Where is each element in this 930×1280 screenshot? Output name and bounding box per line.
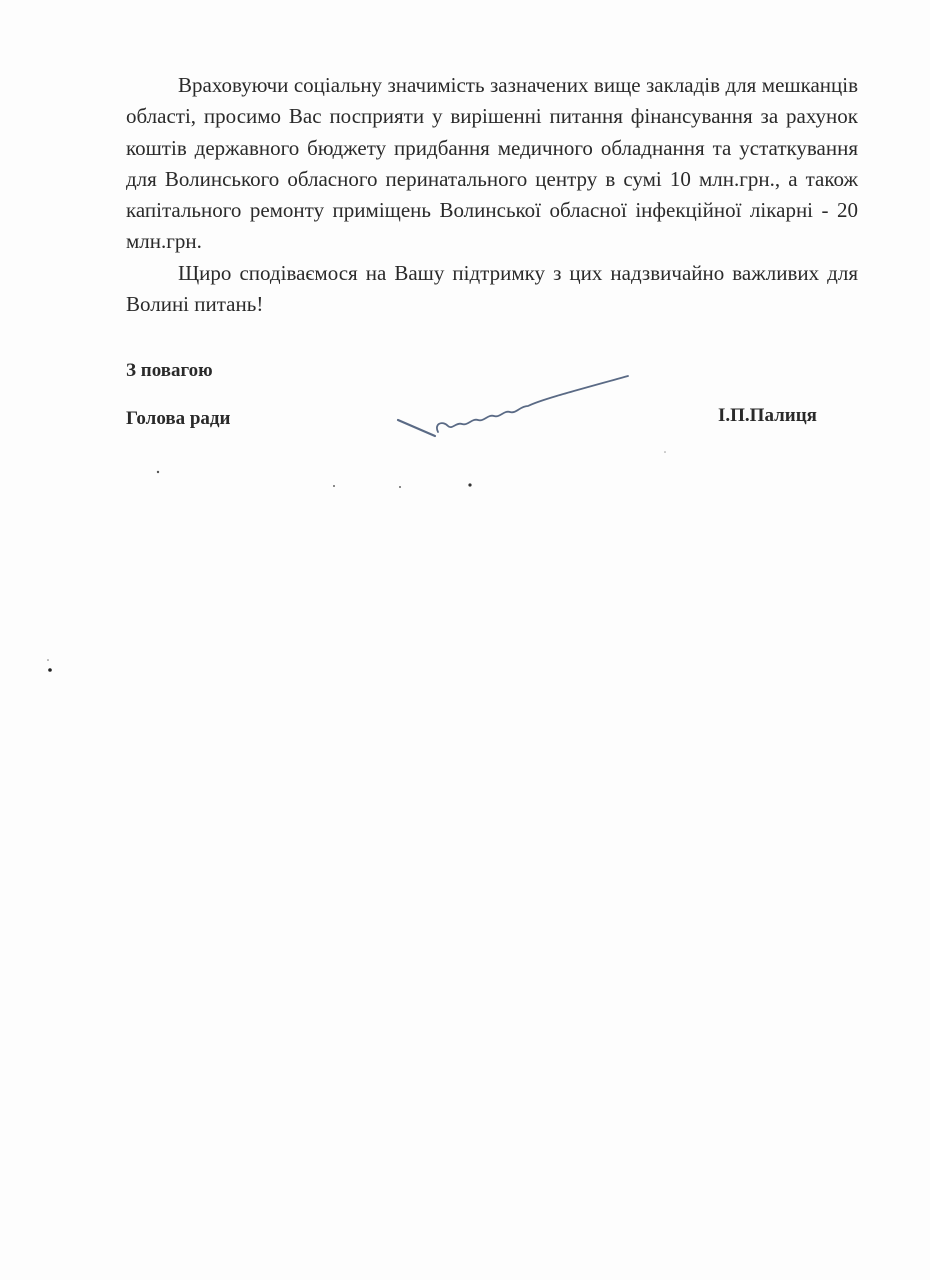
document-page: Враховуючи соціальну значимість зазначен… <box>0 0 930 1280</box>
scan-specks <box>0 0 930 1280</box>
